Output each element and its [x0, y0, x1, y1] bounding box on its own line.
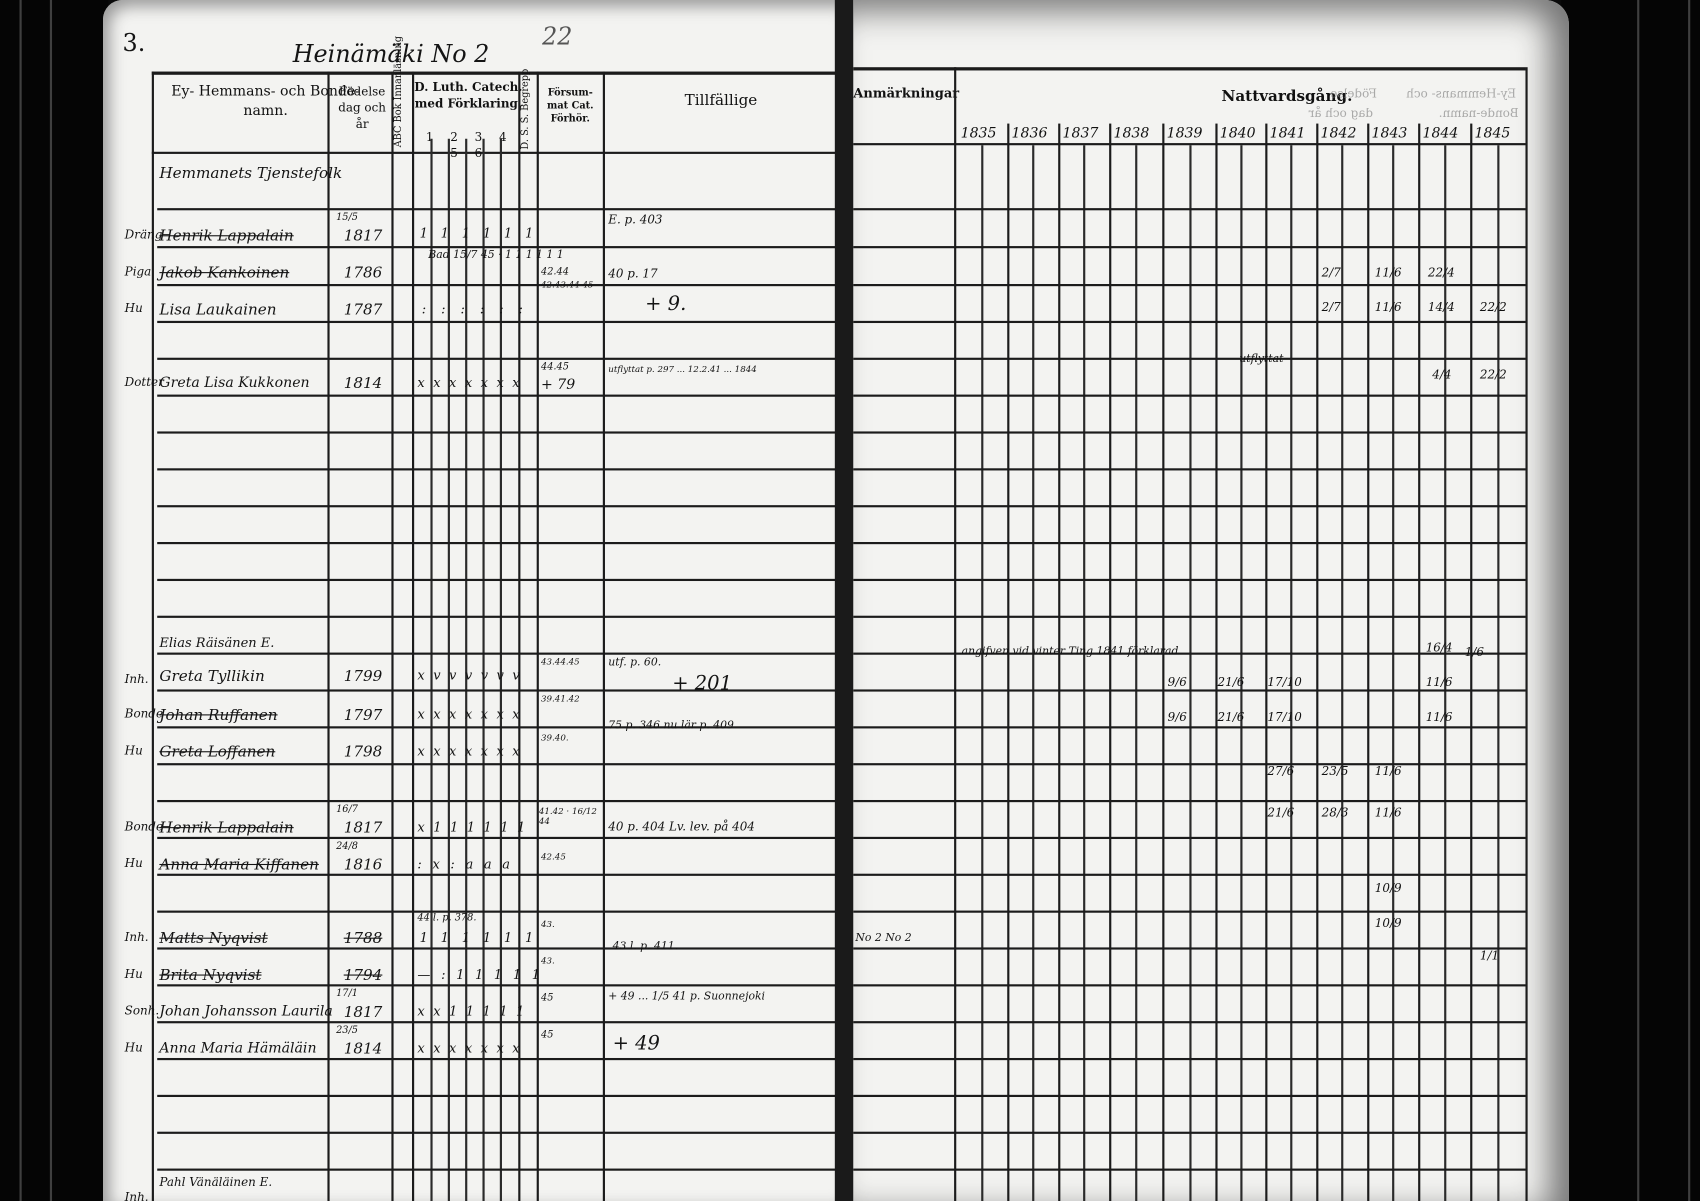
row-missed: 43.	[541, 956, 555, 966]
rule	[853, 431, 1525, 433]
rule	[327, 72, 329, 1201]
year-header: 1839	[1167, 126, 1203, 142]
rule	[157, 616, 840, 618]
year-header: 1838	[1113, 126, 1149, 142]
row-name: Johan Johansson Laurila	[159, 1004, 332, 1020]
left-margin-background	[0, 0, 108, 1201]
rule	[157, 395, 840, 397]
rule	[853, 395, 1525, 397]
rule	[853, 874, 1525, 876]
header-remarks: Anmärkningar	[853, 85, 953, 103]
row-role: Hu	[125, 1041, 143, 1055]
row-catechism: x x x x x x x	[417, 1041, 521, 1056]
rule	[603, 72, 605, 1201]
row-catechism: x x x x x x x	[417, 707, 521, 722]
row-year: 1814	[344, 375, 383, 392]
rule	[853, 468, 1525, 470]
rule	[157, 1095, 840, 1097]
header-dss: D. S. S. Begrepp	[520, 76, 531, 150]
row-notes: 75 p. 346 nu lär p. 409	[608, 720, 734, 732]
rule	[157, 579, 840, 581]
year-header: 1835	[961, 126, 997, 142]
header-birth: Födelse dag och år	[331, 85, 394, 133]
rule	[157, 468, 840, 470]
moved-note: utflyttat	[1239, 353, 1283, 365]
rule	[157, 874, 840, 876]
year-header: 1845	[1475, 126, 1511, 142]
rule	[853, 616, 1525, 618]
row-catechism: — : 1 1 1 1 1	[417, 967, 543, 982]
row-missed: 44.45	[541, 362, 569, 373]
rule	[853, 579, 1525, 581]
rule	[157, 726, 840, 728]
row-year: 1797	[344, 707, 383, 724]
rule	[853, 246, 1525, 248]
row-birth-frac: 15/5	[336, 212, 358, 223]
row-name: Lisa Laukainen	[159, 301, 276, 318]
row-birth-frac: 23/5	[336, 1025, 358, 1036]
communion-mark: 28/3	[1322, 806, 1349, 818]
row-name: Greta Lisa Kukkonen	[159, 375, 309, 391]
communion-mark: 22/2	[1480, 301, 1507, 313]
row-name: Johan Ruffanen	[159, 707, 277, 724]
rule	[157, 505, 840, 507]
row-role: Hu	[125, 856, 143, 870]
rule	[1290, 145, 1292, 1201]
row-role: Bonde	[125, 707, 163, 721]
year-header: 1840	[1220, 126, 1256, 142]
communion-mark: 27/6	[1267, 765, 1294, 777]
row-role: Dräng	[125, 228, 163, 242]
communion-mark: 4/4	[1432, 369, 1451, 381]
scan-streak	[1637, 0, 1639, 1201]
row-year: 1787	[344, 301, 383, 318]
communion-mark: 21/6	[1267, 806, 1294, 818]
rule	[853, 689, 1525, 691]
rule	[157, 284, 840, 286]
row-catechism: x x 1 1 1 1 1	[417, 1004, 526, 1019]
row-year: 1794	[344, 967, 383, 984]
rule	[1135, 145, 1137, 1201]
rule	[157, 1058, 840, 1060]
rule	[157, 947, 840, 949]
communion-mark: 17/10	[1267, 711, 1301, 723]
row-year: 1816	[344, 856, 383, 873]
scan-streak	[1688, 0, 1690, 1201]
rule	[157, 542, 840, 544]
row-missed: 42.43.44 45	[541, 280, 601, 290]
row-birth-frac: 16/7	[336, 804, 358, 815]
communion-mark: 23/5	[1322, 765, 1349, 777]
row-role: Inh.	[125, 672, 149, 686]
rule	[157, 984, 840, 986]
row-catechism: x x x x x x x	[417, 375, 521, 390]
row-role: Inh.	[125, 930, 149, 944]
rule	[853, 726, 1525, 728]
communion-mark: 10/9	[1375, 917, 1402, 929]
row-catechism: Bad 15/7 45 · 1 1 1 1 1 1	[428, 249, 563, 261]
rule	[853, 1132, 1525, 1134]
right-margin-background	[1561, 0, 1700, 1201]
rule	[157, 321, 840, 323]
year-header: 1836	[1012, 126, 1048, 142]
row-catechism: : : : : : :	[422, 301, 529, 316]
communion-mark: 11/6	[1426, 676, 1453, 688]
row-catechism: 1 1 1 1 1 1	[420, 930, 538, 945]
row-missed: 41.42 · 16/12 44	[539, 806, 602, 826]
row-notes: utflyttat p. 297 ... 12.2.41 ... 1844	[608, 364, 830, 374]
arrival-note: angifven vid vinter Ting 1841 förklarad	[962, 646, 1179, 658]
row-missed: 43.	[541, 919, 555, 929]
row-notes: + 49	[613, 1032, 660, 1055]
communion-mark: 9/6	[1168, 676, 1187, 688]
rule	[853, 505, 1525, 507]
rule	[853, 763, 1525, 765]
row-notes: + 49 ... 1/5 41 p. Suonnejoki	[608, 991, 830, 1003]
rule	[518, 72, 520, 1201]
header-catechism-sub: 1 2 3 4 5 6	[420, 130, 520, 162]
rule	[853, 653, 1525, 655]
row-notes: utf. p. 60.	[608, 657, 661, 669]
row-role: Inh.	[125, 1190, 149, 1201]
rule	[954, 67, 956, 1201]
row-year: 1817	[344, 820, 383, 837]
row-name: Henrik Lappalain	[159, 228, 293, 245]
bleedthrough-text: Bonde-namn.	[1439, 106, 1519, 120]
row-name: Matts Nyqvist	[159, 930, 267, 947]
row-name: Anna Maria Hämäläin	[159, 1041, 316, 1057]
book-gutter	[835, 0, 855, 1201]
scanned-register-spread: 3. Heinämäki No 2 22 Ey- Hemmans- och Bo…	[0, 0, 1700, 1201]
row-birth-frac: 24/8	[336, 841, 358, 852]
row-role: Piga	[125, 264, 152, 278]
communion-mark: 1/1	[1480, 950, 1499, 962]
communion-mark: 10/9	[1375, 882, 1402, 894]
remarks-note: No 2 No 2	[855, 932, 911, 944]
year-header: 1841	[1270, 126, 1306, 142]
rule	[157, 911, 840, 913]
page-heading: Heinämäki No 2	[293, 41, 490, 68]
row-year: 1799	[344, 668, 383, 685]
row-role: Hu	[125, 301, 143, 315]
row-missed: 43.44.45	[541, 657, 580, 667]
row-year: 1786	[344, 264, 383, 281]
row-catechism: x x x x x x x	[417, 744, 521, 759]
rule	[157, 1169, 840, 1171]
rule	[537, 72, 539, 1201]
row-catechism: x 1 1 1 1 1 1	[417, 820, 527, 835]
communion-mark: 2/7	[1322, 301, 1341, 313]
scan-streak	[50, 0, 52, 1201]
rule	[853, 1169, 1525, 1171]
row-name: Jakob Kankoinen	[159, 264, 289, 281]
rule	[157, 653, 840, 655]
row-notes: E. p. 403	[608, 212, 662, 226]
communion-mark: 11/6	[1426, 711, 1453, 723]
row-notes: 43 l. p. 411.	[613, 941, 679, 953]
communion-mark: 11/6	[1375, 765, 1402, 777]
header-top-rule	[152, 72, 840, 75]
row-role: Hu	[125, 967, 143, 981]
rule	[853, 1058, 1525, 1060]
row-year: 1817	[344, 1004, 383, 1021]
row-year: 1817	[344, 228, 383, 245]
row-name: Greta Loffanen	[159, 744, 275, 761]
rule	[157, 1132, 840, 1134]
header-notes: Tillfällige	[607, 91, 835, 111]
scan-streak	[20, 0, 22, 1201]
rule	[1240, 145, 1242, 1201]
rule	[853, 358, 1525, 360]
rule	[157, 763, 840, 765]
row-year: 1814	[344, 1041, 383, 1058]
rule	[157, 246, 840, 248]
page-heading-scribble: 22	[542, 24, 572, 51]
row-name: Anna Maria Kiffanen	[159, 856, 318, 873]
rule	[412, 72, 414, 1201]
row-abc-note: 44 l. p. 378.	[417, 913, 476, 924]
rule	[853, 1021, 1525, 1023]
row-role: Sonh.	[125, 1004, 160, 1018]
bleedthrough-text: Ey-Hemmans- och	[1406, 87, 1516, 101]
rule	[1525, 67, 1527, 1201]
rule	[157, 431, 840, 433]
row-name: Brita Nyqvist	[159, 967, 261, 984]
rule	[157, 689, 840, 691]
communion-mark: 2/7	[1322, 267, 1341, 279]
rule	[853, 1095, 1525, 1097]
row-missed: 42.45	[541, 852, 566, 862]
rule	[853, 284, 1525, 286]
communion-mark: 22/4	[1428, 267, 1455, 279]
row-role: Bonde	[125, 820, 163, 834]
section-heading: Hemmanets Tjenstefolk	[159, 165, 342, 182]
rule	[1032, 145, 1034, 1201]
row-notes: 40 p. 17	[608, 267, 657, 281]
row-missed: 42.44	[541, 267, 569, 278]
year-header: 1837	[1063, 126, 1099, 142]
rule	[1189, 145, 1191, 1201]
row-missed: 45	[541, 993, 553, 1004]
rule	[853, 947, 1525, 949]
row-notes: 40 p. 404 Lv. lev. på 404	[608, 820, 755, 834]
communion-mark: 11/6	[1375, 267, 1402, 279]
row-catechism: x v v v v v v	[417, 668, 521, 683]
rule	[853, 800, 1525, 802]
communion-mark: 16/4	[1426, 642, 1453, 654]
communion-mark: 14/4	[1428, 301, 1455, 313]
row-missed: 39.41.42	[541, 694, 580, 704]
rule	[853, 542, 1525, 544]
row-role: Dotter	[125, 375, 164, 389]
communion-mark: 22/2	[1480, 369, 1507, 381]
row-year: 1798	[344, 744, 383, 761]
row-section: Elias Räisänen E.	[159, 635, 274, 650]
communion-mark: 11/6	[1375, 301, 1402, 313]
rule	[853, 837, 1525, 839]
rule	[853, 208, 1525, 210]
year-header: 1842	[1321, 126, 1357, 142]
header-missed: Försum- mat Cat. Förhör.	[539, 87, 602, 126]
rule	[853, 984, 1525, 986]
page-number: 3.	[123, 30, 146, 57]
row-catechism: 1 1 1 1 1 1	[420, 225, 538, 240]
row-notes: + 9.	[645, 293, 686, 316]
row-role: Hu	[125, 744, 143, 758]
communion-mark: 9/6	[1168, 711, 1187, 723]
row-year: 1788	[344, 930, 383, 947]
header-abc: ABC Bok Innanläsning	[394, 80, 405, 147]
rule	[157, 837, 840, 839]
rule	[853, 911, 1525, 913]
communion-mark: 1/6	[1465, 646, 1484, 658]
year-header: 1843	[1372, 126, 1408, 142]
row-name: Henrik Lappalain	[159, 820, 293, 837]
row-birth-frac: 17/1	[336, 989, 358, 1000]
communion-mark: 21/6	[1218, 711, 1245, 723]
row-extra: + 79	[541, 377, 575, 393]
communion-mark: 17/10	[1267, 676, 1301, 688]
rule	[1083, 145, 1085, 1201]
rule	[391, 72, 393, 1201]
row-missed: 39.40.	[541, 733, 569, 743]
row-missed: 45	[541, 1030, 553, 1041]
bleedthrough-text: Födelse	[1330, 87, 1377, 101]
row-catechism: : x : a a a	[417, 856, 513, 871]
row-name: Greta Tyllikin	[159, 668, 264, 685]
rule	[157, 208, 840, 210]
rule	[981, 145, 983, 1201]
header-catechism: D. Luth. Catech. med Förklaring.	[414, 80, 522, 112]
rule	[1341, 145, 1343, 1201]
rule	[853, 321, 1525, 323]
rule	[157, 358, 840, 360]
rule	[157, 1021, 840, 1023]
row-section: Pahl Vänäläinen E.	[159, 1175, 272, 1189]
communion-mark: 21/6	[1218, 676, 1245, 688]
year-header: 1844	[1422, 126, 1458, 142]
row-extra: + 201	[672, 672, 732, 695]
rule	[157, 800, 840, 802]
right-page: Anmärkningar Nattvardsgång. Ey-Hemmans- …	[853, 0, 1569, 1201]
left-page: 3. Heinämäki No 2 22 Ey- Hemmans- och Bo…	[103, 0, 840, 1201]
communion-mark: 11/6	[1375, 806, 1402, 818]
bleedthrough-text: dag och år	[1309, 106, 1373, 120]
